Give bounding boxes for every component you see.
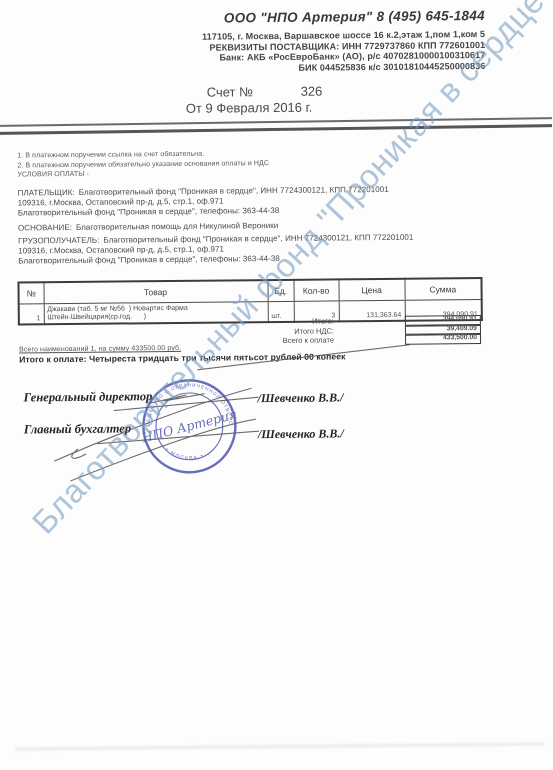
amount-words-text: Четыреста тридцать три тысячи пятьсот ру… <box>89 351 346 363</box>
total-label: Всего к оплате <box>283 335 334 344</box>
invoice-date: От 9 Февраля 2016 г. <box>186 100 313 116</box>
stamp-city-text: • МОСКВА • <box>164 446 205 462</box>
invoice-scan-page: ООО "НПО Артерия" 8 (495) 645-1844 11710… <box>0 0 553 770</box>
signature-name-director: /Шевченко В.В./ <box>258 390 344 406</box>
company-stamp: ОБЩЕСТВО С ОГРАНИЧЕННОЙ ОТВЕТСТВЕННОСТЬЮ… <box>140 377 238 475</box>
signature-role-director: Генеральный директор <box>24 389 153 405</box>
basis-text: Благотворительная помощь для Никулиной В… <box>76 221 278 232</box>
signature-strokes <box>0 0 553 770</box>
consignee-label: ГРУЗОПОЛУЧАТЕЛЬ: <box>18 236 99 246</box>
signature-name-accountant: /Шевченко В.В./ <box>258 426 344 442</box>
col-header-price: Цена <box>338 279 404 301</box>
invoice-document: ООО "НПО Артерия" 8 (495) 645-1844 11710… <box>0 0 553 770</box>
payer-line3: Благотворительный фонд "Проникая в сердц… <box>18 205 389 219</box>
company-title: ООО "НПО Артерия" 8 (495) 645-1844 <box>202 8 485 26</box>
col-header-qty: Кол-во <box>293 279 338 301</box>
total-label: Итого: <box>312 316 334 325</box>
consignee-block: ГРУЗОПОЛУЧАТЕЛЬ:Благотворительный фонд "… <box>18 233 414 267</box>
payer-block: ПЛАТЕЛЬЩИК:Благотворительный фонд "Прони… <box>18 185 389 219</box>
basis-label: ОСНОВАНИЕ: <box>18 223 72 233</box>
signature-role-accountant: Главный бухгалтер <box>24 421 131 437</box>
scan-edge-shadow <box>15 742 545 750</box>
invoice-number: 326 <box>301 84 323 99</box>
consignee-line1: Благотворительный фонд "Проникая в сердц… <box>103 233 413 245</box>
stamp-center-script: НПО Артерия <box>140 406 238 445</box>
col-header-sum: Сумма <box>404 278 481 300</box>
payment-terms: 1. В платежном поручении ссылка на счет … <box>17 149 269 180</box>
payer-label: ПЛАТЕЛЬЩИК: <box>18 188 75 198</box>
amount-words-label: Итого к оплате: <box>19 354 86 365</box>
payment-conditions-label: УСЛОВИЯ ОПЛАТЫ - <box>17 168 269 180</box>
supplier-header: ООО "НПО Артерия" 8 (495) 645-1844 11710… <box>202 8 486 74</box>
total-value: 433,500.00 <box>405 334 481 344</box>
svg-text:• МОСКВА •: • МОСКВА • <box>164 446 205 462</box>
col-header-item: Товар <box>43 280 267 304</box>
signature-squiggle <box>72 449 87 458</box>
total-label: Итого НДС: <box>294 326 334 335</box>
col-header-num: № <box>18 282 43 304</box>
amount-in-words: Итого к оплате: Четыреста тридцать три т… <box>19 351 345 364</box>
payer-line1: Благотворительный фонд "Проникая в сердц… <box>79 185 389 197</box>
col-header-unit: Ед. <box>267 280 293 302</box>
basis-block: ОСНОВАНИЕ:Благотворительная помощь для Н… <box>18 221 278 233</box>
invoice-number-label: Счет № <box>207 84 253 99</box>
header-divider-rule <box>0 117 552 135</box>
fund-watermark: Благотворительный фонд "Проникая в сердц… <box>25 0 553 541</box>
